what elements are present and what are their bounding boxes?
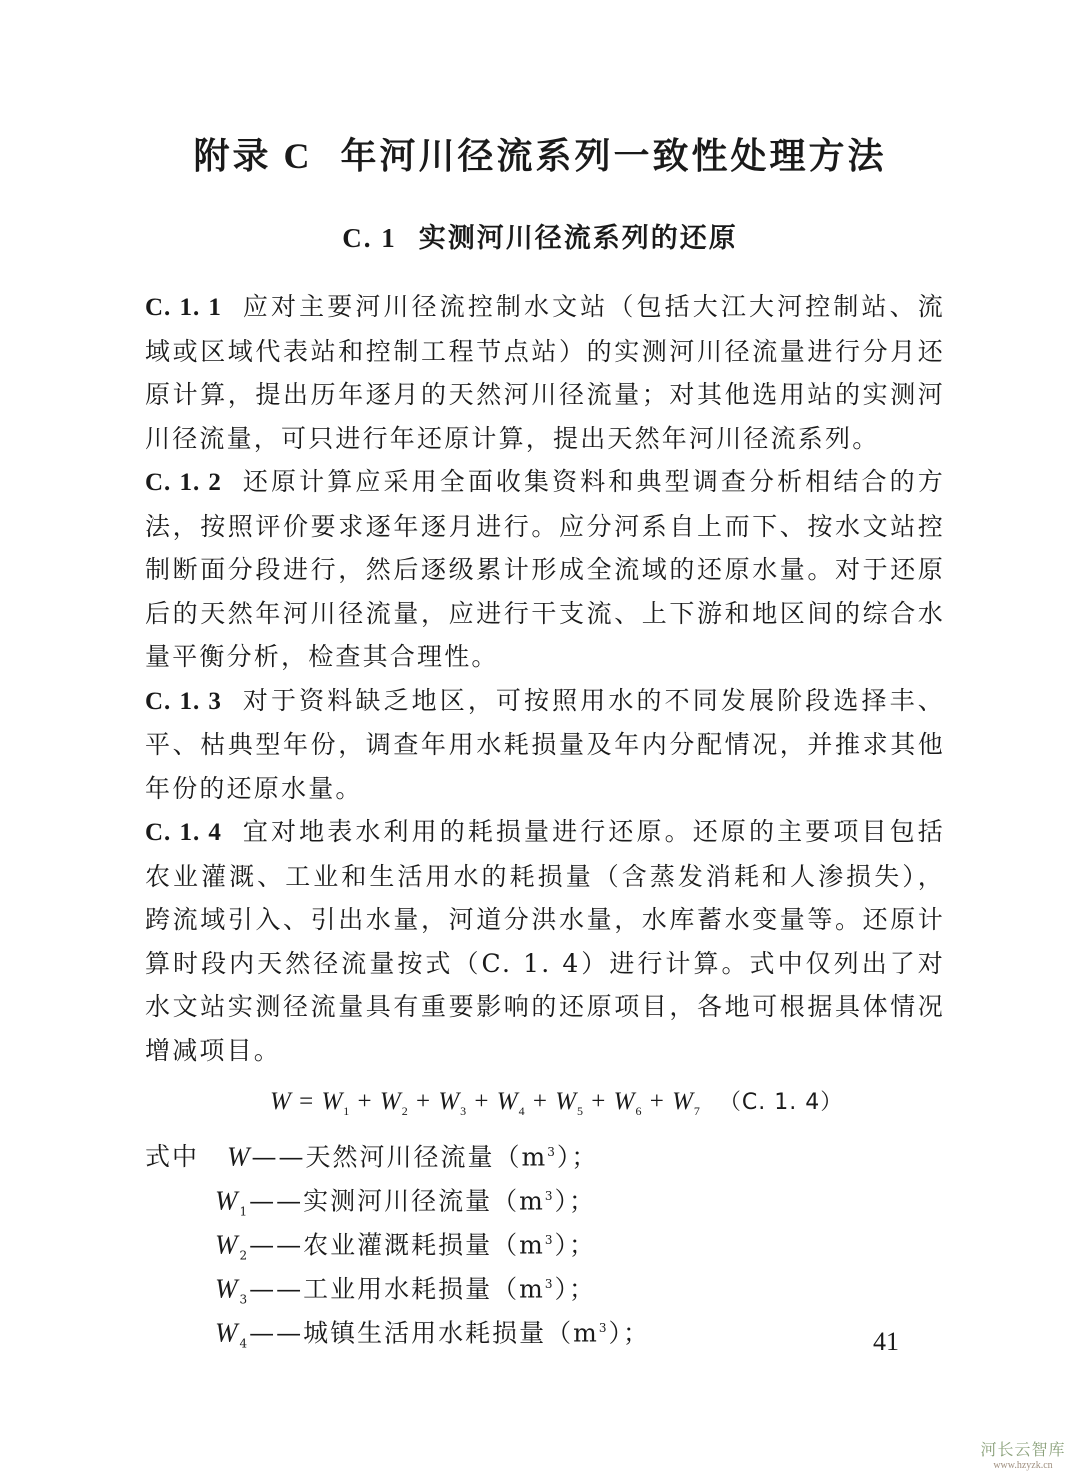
unit-close: ）； <box>609 1318 651 1347</box>
section-title: C. 1实测河川径流系列的还原 <box>0 216 1080 255</box>
clause-text: 宜对地表水利用的耗损量进行还原。还原的主要项目包括农业灌溉、工业和生活用水的耗损… <box>145 817 945 1065</box>
clause-text: 对于资料缺乏地区，可按照用水的不同发展阶段选择丰、平、枯典型年份，调查年用水耗损… <box>145 686 945 803</box>
section-title-text: 实测河川径流系列的还原 <box>419 223 738 254</box>
definition-row: 式中W——天然河川径流量（m3）； <box>145 1130 650 1174</box>
formula-equals: = <box>292 1088 322 1115</box>
variable-description: 城镇生活用水耗损量 <box>303 1318 546 1347</box>
formula-term: W <box>555 1088 577 1115</box>
formula-plus: + <box>526 1088 556 1115</box>
formula-subscript: 7 <box>694 1104 701 1118</box>
variable-symbol: W <box>227 1141 252 1171</box>
variable-subscript: 4 <box>240 1336 250 1350</box>
definition-row: W4——城镇生活用水耗损量（m3）； <box>145 1306 650 1350</box>
formula-plus: + <box>642 1088 672 1115</box>
watermark: 河长云智库 www.hzyzk.cn <box>968 1437 1078 1471</box>
formula-c-1-4: W = W1 + W2 + W3 + W4 + W5 + W6 + W7（C. … <box>270 1085 843 1119</box>
variable-subscript: 2 <box>240 1248 250 1262</box>
unit-close: ）； <box>555 1230 597 1259</box>
section-code: C. 1 <box>342 223 397 253</box>
unit-exponent: 3 <box>545 1277 555 1291</box>
unit: （m <box>495 1142 548 1171</box>
definition-row: W3——工业用水耗损量（m3）； <box>145 1262 650 1306</box>
clause-number: C. 1. 2 <box>145 469 222 496</box>
clause-text: 应对主要河川径流控制水文站（包括大江大河控制站、流域或区域代表站和控制工程节点站… <box>145 292 945 453</box>
clause-number: C. 1. 1 <box>145 294 222 321</box>
clause-text: 还原计算应采用全面收集资料和典型调查分析相结合的方法，按照评价要求逐年逐月进行。… <box>145 467 945 671</box>
variable-description: 工业用水耗损量 <box>303 1274 492 1303</box>
watermark-url: www.hzyzk.cn <box>968 1460 1078 1471</box>
variable-symbol: W <box>215 1229 240 1259</box>
formula-plus: + <box>584 1088 614 1115</box>
formula-term: W <box>380 1088 402 1115</box>
variable-subscript: 3 <box>240 1292 250 1306</box>
dash: —— <box>252 1142 306 1171</box>
formula-term: W <box>672 1088 694 1115</box>
variable-subscript: 1 <box>240 1204 250 1218</box>
clause-c-1-3: C. 1. 3对于资料缺乏地区，可按照用水的不同发展阶段选择丰、平、枯典型年份，… <box>145 679 945 811</box>
equation-number: （C. 1. 4） <box>719 1090 843 1115</box>
dash: —— <box>249 1230 303 1259</box>
formula-plus: + <box>350 1088 380 1115</box>
variable-description: 实测河川径流量 <box>303 1186 492 1215</box>
clauses-body: C. 1. 1应对主要河川径流控制水文站（包括大江大河控制站、流域或区域代表站和… <box>145 285 945 1072</box>
clause-number: C. 1. 4 <box>145 819 222 846</box>
unit-close: ）； <box>555 1186 597 1215</box>
variable-symbol: W <box>215 1273 240 1303</box>
definition-row: W1——实测河川径流量（m3）； <box>145 1174 650 1218</box>
unit-exponent: 3 <box>545 1233 555 1247</box>
where-label: 式中 <box>145 1135 227 1179</box>
clause-number: C. 1. 3 <box>145 688 222 715</box>
clause-c-1-1: C. 1. 1应对主要河川径流控制水文站（包括大江大河控制站、流域或区域代表站和… <box>145 285 945 460</box>
unit-close: ）； <box>555 1274 597 1303</box>
formula-term: W <box>497 1088 519 1115</box>
formula-lhs: W <box>270 1088 292 1115</box>
appendix-title: 附录 C年河川径流系列一致性处理方法 <box>0 128 1080 179</box>
clause-c-1-4: C. 1. 4宜对地表水利用的耗损量进行还原。还原的主要项目包括农业灌溉、工业和… <box>145 810 945 1072</box>
formula-term: W <box>438 1088 460 1115</box>
page-number: 41 <box>873 1327 899 1357</box>
variable-description: 天然河川径流量 <box>306 1142 495 1171</box>
unit: （m <box>492 1274 545 1303</box>
unit-exponent: 3 <box>545 1189 555 1203</box>
formula-subscript: 2 <box>402 1104 409 1118</box>
clause-c-1-2: C. 1. 2还原计算应采用全面收集资料和典型调查分析相结合的方法，按照评价要求… <box>145 460 945 679</box>
formula-term: W <box>321 1088 343 1115</box>
formula-plus: + <box>467 1088 497 1115</box>
appendix-title-text: 年河川径流系列一致性处理方法 <box>340 136 886 177</box>
unit: （m <box>492 1230 545 1259</box>
appendix-code: 附录 C <box>193 136 312 176</box>
watermark-name: 河长云智库 <box>968 1437 1078 1460</box>
variable-definitions: 式中W——天然河川径流量（m3）； W1——实测河川径流量（m3）； W2——农… <box>145 1130 650 1350</box>
formula-subscript: 4 <box>519 1104 526 1118</box>
formula-term: W <box>614 1088 636 1115</box>
dash: —— <box>249 1274 303 1303</box>
unit-close: ）； <box>557 1142 599 1171</box>
variable-symbol: W <box>215 1317 240 1347</box>
variable-description: 农业灌溉耗损量 <box>303 1230 492 1259</box>
unit: （m <box>492 1186 545 1215</box>
dash: —— <box>249 1186 303 1215</box>
unit: （m <box>546 1318 599 1347</box>
formula-plus: + <box>409 1088 439 1115</box>
variable-symbol: W <box>215 1185 240 1215</box>
unit-exponent: 3 <box>547 1145 557 1159</box>
unit-exponent: 3 <box>599 1321 609 1335</box>
formula-subscript: 5 <box>577 1104 584 1118</box>
dash: —— <box>249 1318 303 1347</box>
definition-row: W2——农业灌溉耗损量（m3）； <box>145 1218 650 1262</box>
